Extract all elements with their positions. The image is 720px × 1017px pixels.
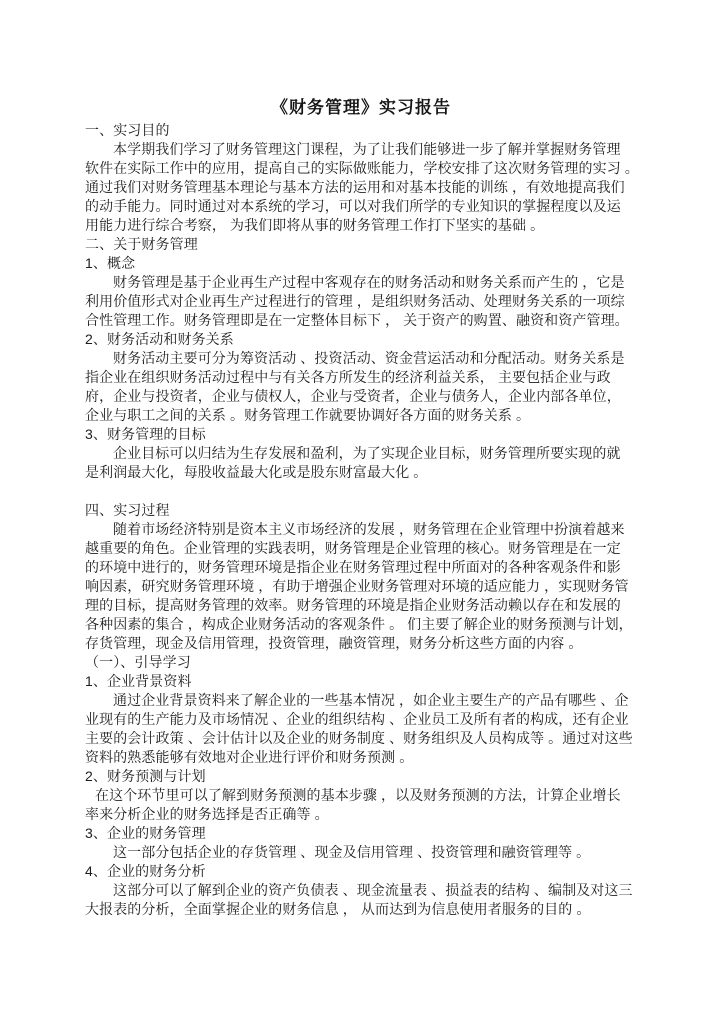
text-line: 越重要的角色。企业管理的实践表明，财务管理是企业管理的核心。财务管理是在一定: [85, 539, 637, 558]
text-line: 通过企业背景资料来了解企业的一些基本情况 ，如企业主要生产的产品有哪些 、企: [85, 691, 637, 710]
text-line: 的动手能力。同时通过对本系统的学习，可以对我们所学的专业知识的掌握程度以及运: [85, 197, 637, 216]
text-line: 财务管理是基于企业再生产过程中客观存在的财务活动和财务关系而产生的 ，它是: [85, 273, 637, 292]
text-line: 财务活动主要可分为筹资活动 、投资活动、资金营运活动和分配活动。财务关系是: [85, 349, 637, 368]
text-line: 利用价值形式对企业再生产过程进行的管理 ，是组织财务活动、处理财务关系的一项综: [85, 292, 637, 311]
text-line: 企业目标可以归结为生存发展和盈利，为了实现企业目标，财务管理所要实现的就: [85, 444, 637, 463]
text-line: 通过我们对财务管理基本理论与基本方法的运用和对基本技能的训练 ，有效地提高我们: [85, 178, 637, 197]
text-line: 率来分析企业的财务选择是否正确等 。: [85, 805, 637, 824]
text-line: 4、企业的财务分析: [85, 862, 637, 881]
text-line: 四、实习过程: [85, 501, 637, 520]
text-line: 各种因素的集合 ，构成企业财务活动的客观条件 。 们主要了解企业的财务预测与计划…: [85, 615, 637, 634]
text-line: 理的目标，提高财务管理的效率。财务管理的环境是指企业财务活动赖以存在和发展的: [85, 596, 637, 615]
text-line: 在这个环节里可以了解到财务预测的基本步骤 ，以及财务预测的方法，计算企业增长: [85, 786, 637, 805]
text-line: 一、实习目的: [85, 121, 637, 140]
text-line: 大报表的分析，全面掌握企业的财务信息 ， 从而达到为信息使用者服务的目的 。: [85, 900, 637, 919]
text-line: 2、财务活动和财务关系: [85, 330, 637, 349]
text-line: 企业与职工之间的关系 。财务管理工作就要协调好各方面的财务关系 。: [85, 406, 637, 425]
text-line: 2、财务预测与计划: [85, 767, 637, 786]
text-line: 指企业在组织财务活动过程中与有关各方所发生的经济利益关系， 主要包括企业与政: [85, 368, 637, 387]
text-line: 合性管理工作。财务管理即是在一定整体目标下 ， 关于资产的购置、融资和资产管理。: [85, 311, 637, 330]
document-page: 《财务管理》实习报告 一、实习目的本学期我们学习了财务管理这门课程，为了让我们能…: [0, 0, 720, 1017]
text-line: 这一部分包括企业的存货管理 、现金及信用管理 、投资管理和融资管理等 。: [85, 843, 637, 862]
text-line: 存货管理，现金及信用管理，投资管理，融资管理，财务分析这些方面的内容 。: [85, 634, 637, 653]
text-line: 用能力进行综合考察， 为我们即将从事的财务管理工作打下坚实的基础 。: [85, 216, 637, 235]
text-line: 府，企业与投资者，企业与债权人，企业与受资者，企业与债务人，企业内部各单位，: [85, 387, 637, 406]
text-line: 3、企业的财务管理: [85, 824, 637, 843]
text-line: 1、概念: [85, 254, 637, 273]
text-line: 这部分可以了解到企业的资产负债表 、现金流量表 、损益表的结构 、编制及对这三: [85, 881, 637, 900]
text-line: 软件在实际工作中的应用，提高自己的实际做账能力，学校安排了这次财务管理的实习 。: [85, 159, 637, 178]
text-line: 是利润最大化，每股收益最大化或是股东财富最大化 。: [85, 463, 637, 482]
text-line: 业现有的生产能力及市场情况 、企业的组织结构 、企业员工及所有者的构成，还有企业: [85, 710, 637, 729]
text-line: （一）、引导学习: [85, 653, 637, 672]
document-title: 《财务管理》实习报告: [85, 93, 637, 118]
text-line: 主要的会计政策 、会计估计以及企业的财务制度 、财务组织及人员构成等 。通过对这…: [85, 729, 637, 748]
text-line: 本学期我们学习了财务管理这门课程，为了让我们能够进一步了解并掌握财务管理: [85, 140, 637, 159]
text-line: 资料的熟悉能够有效地对企业进行评价和财务预测 。: [85, 748, 637, 767]
text-line: 3、财务管理的目标: [85, 425, 637, 444]
text-line: 响因素，研究财务管理环境 ，有助于增强企业财务管理对环境的适应能力 ，实现财务管: [85, 577, 637, 596]
text-line: 的环境中进行的，财务管理环境是指企业在财务管理过程中所面对的各种客观条件和影: [85, 558, 637, 577]
text-line: 二、关于财务管理: [85, 235, 637, 254]
text-line: 随着市场经济特别是资本主义市场经济的发展 ，财务管理在企业管理中扮演着越来: [85, 520, 637, 539]
text-line: 1、企业背景资料: [85, 672, 637, 691]
document-body: 一、实习目的本学期我们学习了财务管理这门课程，为了让我们能够进一步了解并掌握财务…: [85, 121, 637, 919]
blank-line: [85, 482, 637, 501]
